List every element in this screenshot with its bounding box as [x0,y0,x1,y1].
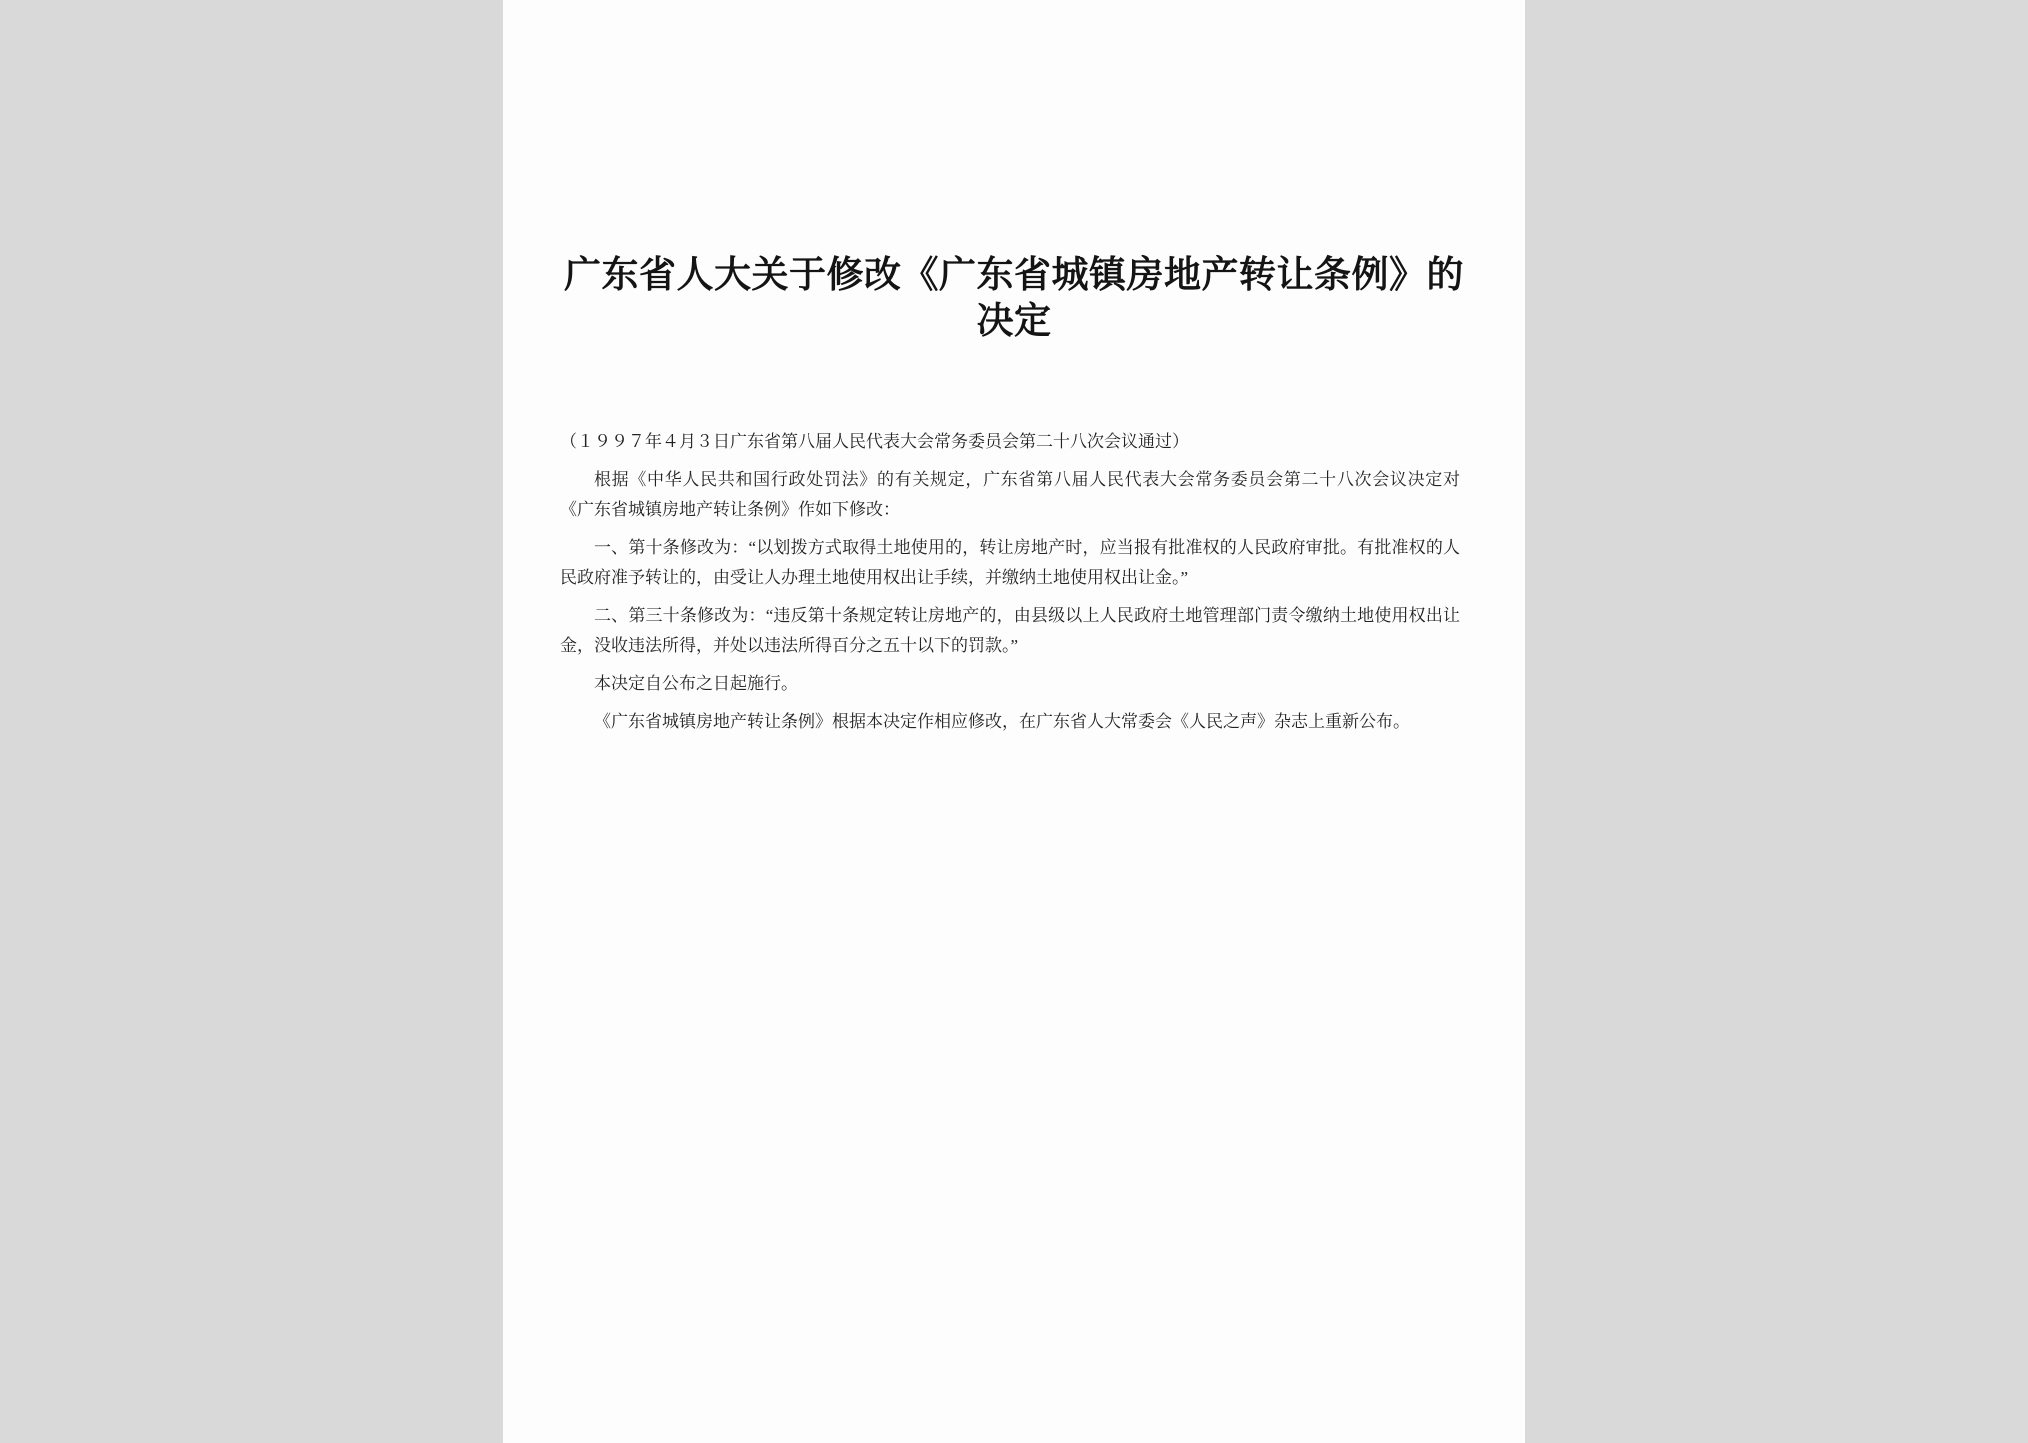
paragraph-basis: 根据《中华人民共和国行政处罚法》的有关规定，广东省第八届人民代表大会常务委员会第… [560,465,1460,525]
document-title-line-2: 决定 [558,299,1470,345]
adoption-note: （１９９７年４月３日广东省第八届人民代表大会常务委员会第二十八次会议通过） [560,427,1460,457]
paragraph-amendment-1: 一、第十条修改为：“以划拨方式取得土地使用的，转让房地产时，应当报有批准权的人民… [560,533,1460,593]
document-page: 广东省人大关于修改《广东省城镇房地产转让条例》的 决定 （１９９７年４月３日广东… [503,0,1525,1443]
paragraph-effective-date: 本决定自公布之日起施行。 [560,669,1460,699]
paragraph-amendment-2: 二、第三十条修改为：“违反第十条规定转让房地产的，由县级以上人民政府土地管理部门… [560,601,1460,661]
paragraph-republication: 《广东省城镇房地产转让条例》根据本决定作相应修改，在广东省人大常委会《人民之声》… [560,707,1460,737]
document-title-line-1: 广东省人大关于修改《广东省城镇房地产转让条例》的 [558,253,1470,299]
document-body: （１９９７年４月３日广东省第八届人民代表大会常务委员会第二十八次会议通过） 根据… [503,427,1525,737]
document-title: 广东省人大关于修改《广东省城镇房地产转让条例》的 决定 [558,253,1470,345]
